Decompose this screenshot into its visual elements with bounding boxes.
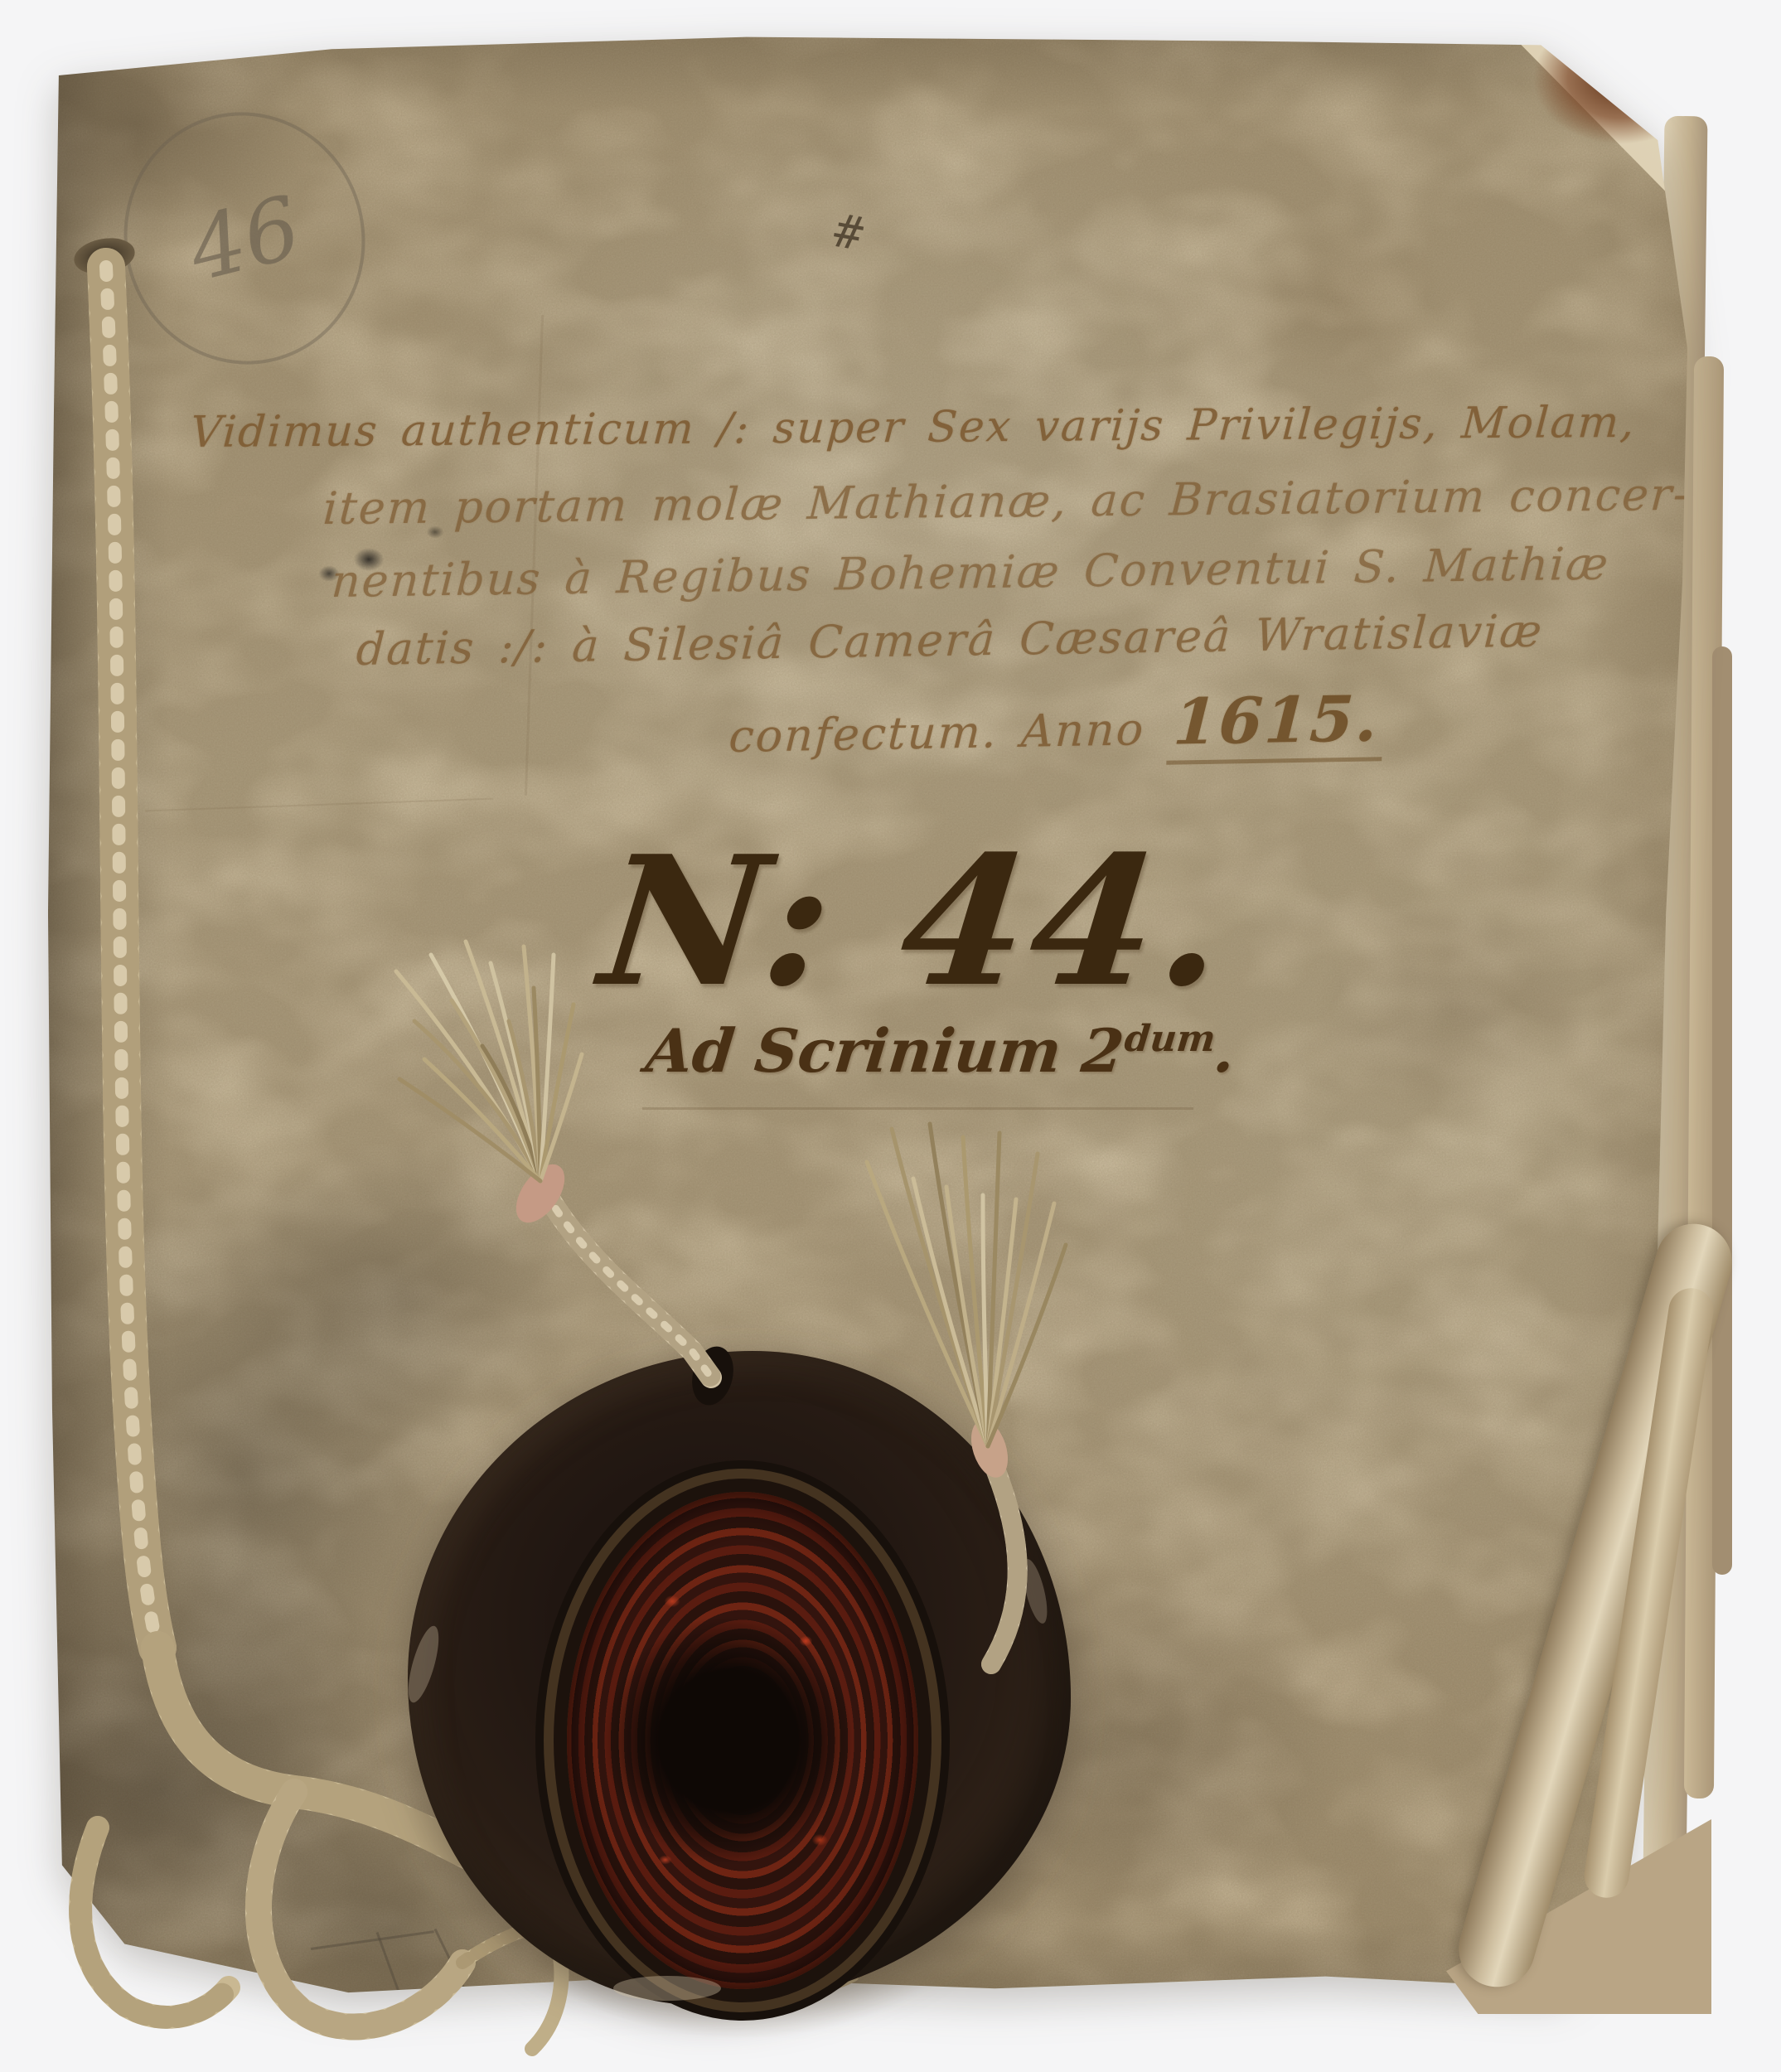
tassel-right: [867, 1124, 1066, 1482]
seal-right-cord: [991, 1467, 1018, 1664]
tassel-left: [396, 942, 582, 1231]
seal-top-cord: [545, 1192, 711, 1377]
seal-cords-group: [0, 0, 1781, 2072]
photo-stage: 46 # Vidimus authenticum /: super Sex va…: [0, 0, 1781, 2072]
